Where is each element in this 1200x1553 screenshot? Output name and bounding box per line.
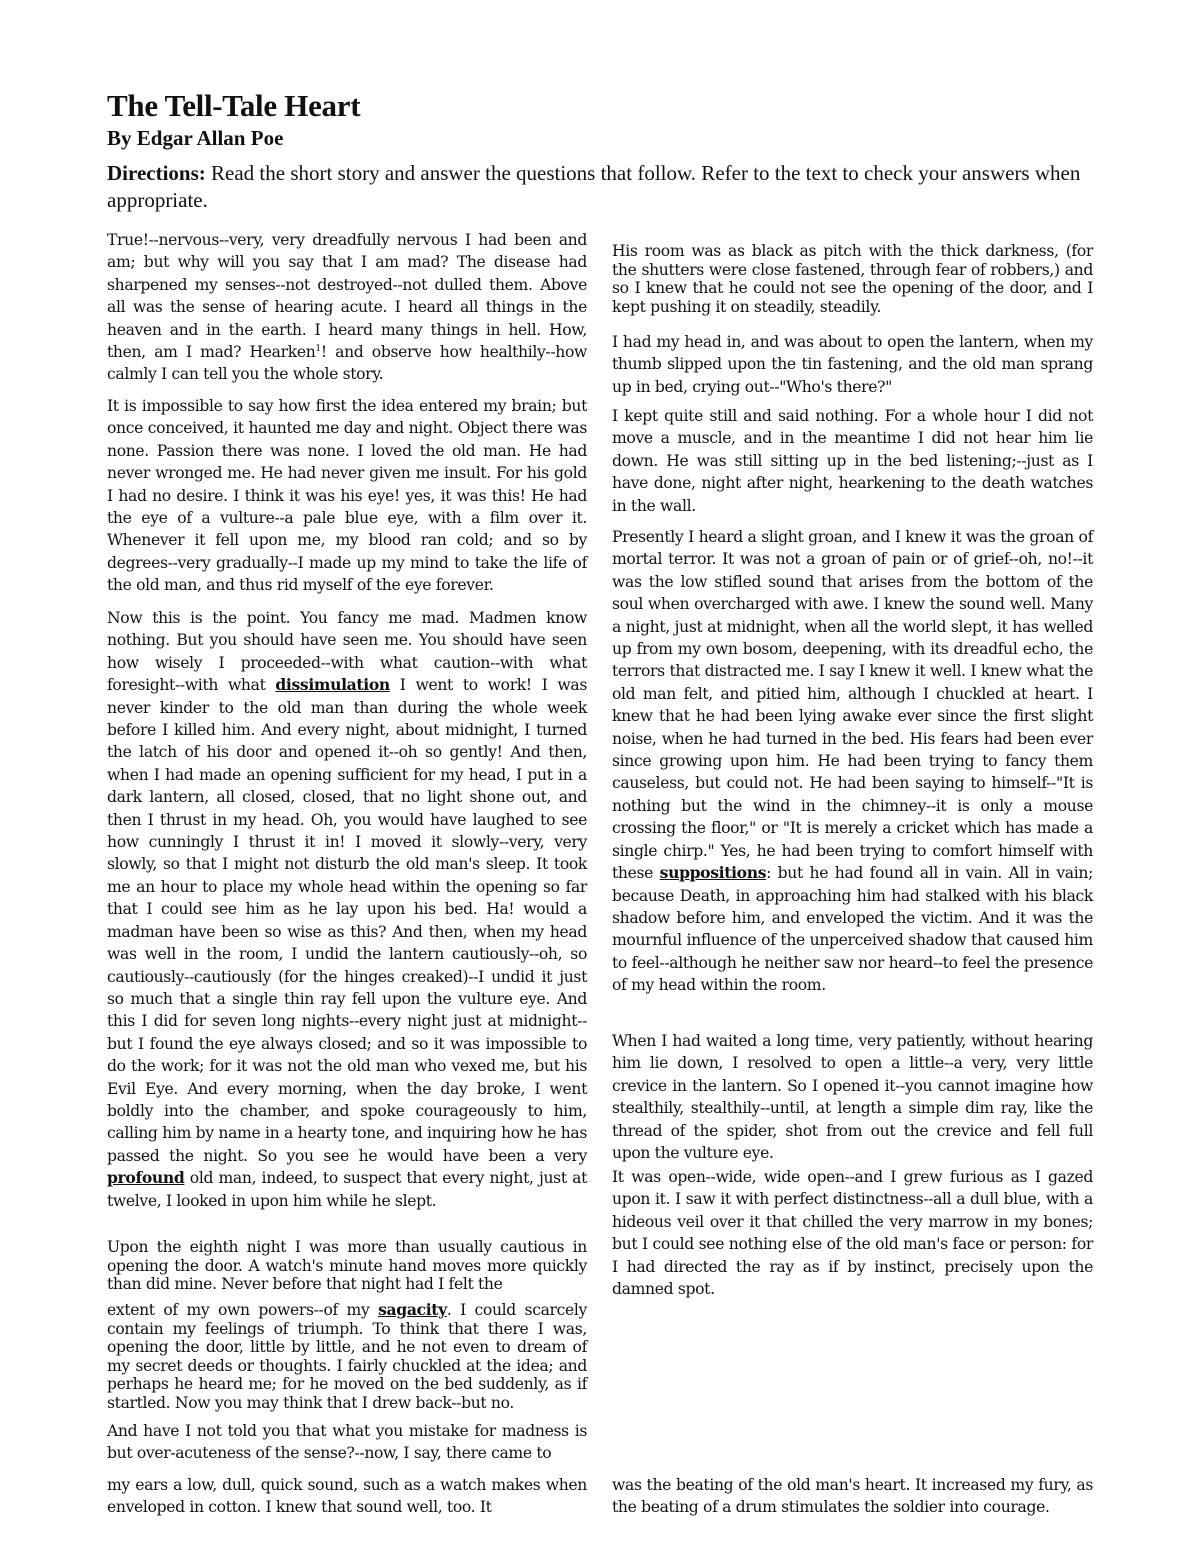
paragraph-right-3: I kept quite still and said nothing. For… <box>612 405 1093 517</box>
paragraph-left-6: And have I not told you that what you mi… <box>107 1420 587 1465</box>
vocab-word-profound: profound <box>107 1168 184 1187</box>
directions: Directions: Read the short story and ans… <box>107 160 1097 214</box>
paragraph-text: True!--nervous--very, very dreadfully ne… <box>107 231 587 361</box>
paragraph-text: : but he had found all in vain. All in v… <box>612 864 1093 994</box>
paragraph-right-4: Presently I heard a slight groan, and I … <box>612 526 1093 997</box>
paragraph-right-2: I had my head in, and was about to open … <box>612 331 1093 398</box>
paragraph-right-6: It was open--wide, wide open--and I grew… <box>612 1166 1093 1300</box>
vocab-word-sagacity: sagacity <box>378 1300 447 1319</box>
paragraph-left-1: True!--nervous--very, very dreadfully ne… <box>107 229 587 386</box>
document-title: The Tell-Tale Heart <box>107 88 360 124</box>
paragraph-text: extent of my own powers--of my <box>107 1301 378 1319</box>
directions-text: Read the short story and answer the ques… <box>107 161 1080 212</box>
paragraph-left-3: Now this is the point. You fancy me mad.… <box>107 607 587 1212</box>
paragraph-right-1: His room was as black as pitch with the … <box>612 242 1093 316</box>
paragraph-left-2: It is impossible to say how first the id… <box>107 395 587 597</box>
paragraph-right-5: When I had waited a long time, very pati… <box>612 1030 1093 1164</box>
paragraph-left-7: my ears a low, dull, quick sound, such a… <box>107 1474 587 1519</box>
vocab-word-dissimulation: dissimulation <box>275 675 390 694</box>
vocab-word-suppositions: suppositions <box>660 863 766 882</box>
directions-label: Directions: <box>107 161 206 185</box>
paragraph-text: Presently I heard a slight groan, and I … <box>612 528 1093 882</box>
paragraph-text: I went to work! I was never kinder to th… <box>107 676 587 1165</box>
paragraph-left-5: extent of my own powers--of my sagacity.… <box>107 1301 587 1412</box>
paragraph-right-7: was the beating of the old man's heart. … <box>612 1474 1093 1519</box>
author-byline: By Edgar Allan Poe <box>107 126 283 151</box>
paragraph-left-4: Upon the eighth night I was more than us… <box>107 1238 587 1294</box>
